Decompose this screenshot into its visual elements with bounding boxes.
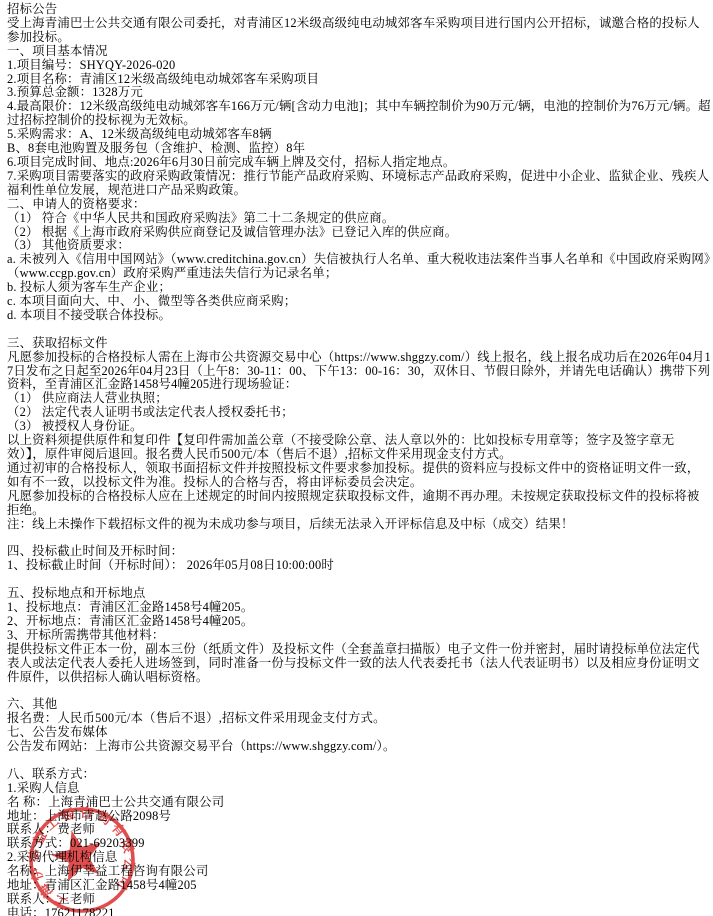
doc-line-body: 2、开标地点：青浦区汇金路1458号4幢205。 [7, 615, 711, 629]
doc-line-body: 公告发布网站：上海市公共资源交易平台（https://www.shggzy.co… [7, 740, 711, 754]
doc-line-body: 1、投标截止时间（开标时间）： 2026年05月08日10:00:00时 [7, 559, 711, 573]
doc-line-body: 1、投标地点：青浦区汇金路1458号4幢205。 [7, 601, 711, 615]
doc-line-body: 以上资料须提供原件和复印件【复印件需加盖公章（不接受除公章、法人章以外的：比如投… [7, 434, 711, 462]
doc-line-body: d. 本项目不接受联合体投标。 [7, 309, 711, 323]
doc-line-body: 注：线上未操作下载招标文件的视为未成功参与项目，后续无法录入开评标信息及中标（成… [7, 518, 711, 532]
blank-line [7, 684, 711, 698]
doc-line-body: B、8套电池购置及服务包（含维护、检测、监控）8年 [7, 142, 711, 156]
tender-announcement-page: 招标公告受上海青浦巴士公共交通有限公司委托，对青浦区12米级高级纯电动城郊客车采… [0, 0, 713, 916]
doc-line-heading: 八、联系方式： [7, 768, 711, 782]
doc-line-heading: 三、获取招标文件 [7, 337, 711, 351]
doc-line-body: c. 本项目面向大、中、小、微型等各类供应商采购； [7, 295, 711, 309]
document-body: 招标公告受上海青浦巴士公共交通有限公司委托，对青浦区12米级高级纯电动城郊客车采… [7, 3, 711, 916]
blank-line [7, 573, 711, 587]
doc-line-title: 招标公告 [7, 3, 711, 17]
doc-line-body: 凡愿参加投标的合格投标人应在上述规定的时间内按照规定获取投标文件，逾期不再办理。… [7, 490, 711, 518]
doc-line-body: （1） 符合《中华人民共和国政府采购法》第二十二条规定的供应商。 [7, 212, 711, 226]
doc-line-body: 电话：17621178221 [7, 907, 711, 916]
doc-line-body: 6.项目完成时间、地点:2026年6月30日前完成车辆上牌及交付，招标人指定地点… [7, 156, 711, 170]
doc-line-body: 提供投标文件正本一份，副本三份（纸质文件）及投标文件（全套盖章扫描版）电子文件一… [7, 643, 711, 685]
doc-line-body: 名 称：上海青浦巴士公共交通有限公司 [7, 796, 711, 810]
doc-line-body: 名称：上海伊莘益工程咨询有限公司 [7, 865, 711, 879]
doc-line-body: 报名费：人民币500元/本（售后不退）,招标文件采用现金支付方式。 [7, 712, 711, 726]
blank-line [7, 754, 711, 768]
doc-line-body: 地址：上海市青赵公路2098号 [7, 810, 711, 824]
doc-line-body: 4.最高限价：12米级高级纯电动城郊客车166万元/辆[含动力电池]；其中车辆控… [7, 100, 711, 128]
doc-line-heading: 五、投标地点和开标地点 [7, 587, 711, 601]
doc-line-body: 3、开标所需携带其他材料： [7, 629, 711, 643]
doc-line-body: 5.采购需求：A、12米级高级纯电动城郊客车8辆 [7, 128, 711, 142]
doc-line-heading: 一、项目基本情况 [7, 45, 711, 59]
doc-line-body: （3） 被授权人身份证。 [7, 420, 711, 434]
doc-line-body: 联系人：王老师 [7, 893, 711, 907]
doc-line-body: 1.项目编号：SHYQY-2026-020 [7, 59, 711, 73]
doc-line-body: b. 投标人须为客车生产企业； [7, 281, 711, 295]
doc-line-body: 受上海青浦巴士公共交通有限公司委托，对青浦区12米级高级纯电动城郊客车采购项目进… [7, 17, 711, 45]
doc-line-body: 凡愿参加投标的合格投标人需在上海市公共资源交易中心（https://www.sh… [7, 351, 711, 393]
doc-line-heading: 二、申请人的资格要求： [7, 198, 711, 212]
doc-line-body: 通过初审的合格投标人，领取书面招标文件并按照投标文件要求参加投标。提供的资料应与… [7, 462, 711, 490]
doc-line-body: 1.采购人信息 [7, 782, 711, 796]
doc-line-heading: 七、公告发布媒体 [7, 726, 711, 740]
doc-line-body: a. 未被列入《信用中国网站》（www.creditchina.gov.cn）失… [7, 253, 711, 281]
doc-line-body: 地址：青浦区汇金路1458号4幢205 [7, 879, 711, 893]
blank-line [7, 323, 711, 337]
doc-line-body: 7.采购项目需要落实的政府采购政策情况：推行节能产品政府采购、环境标志产品政府采… [7, 170, 711, 198]
